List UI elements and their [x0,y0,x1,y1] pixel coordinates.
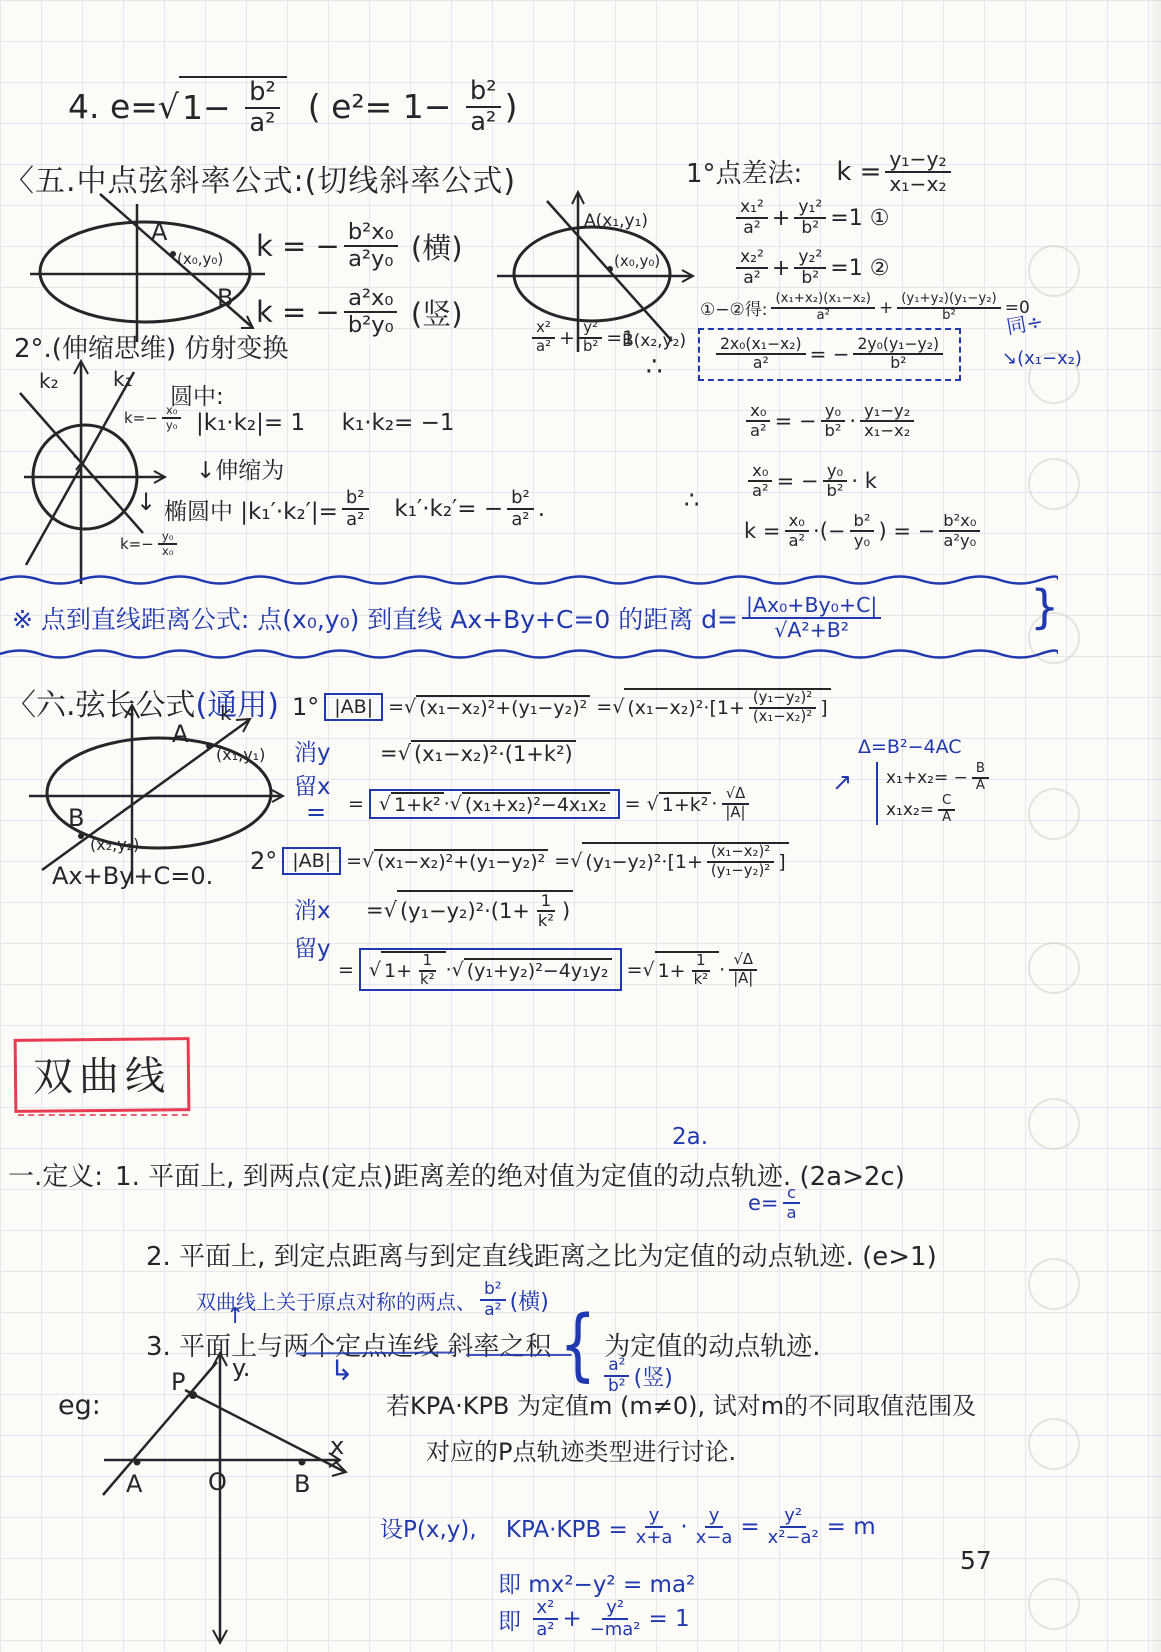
formula-text: = [348,793,364,815]
frac-num: 1 [419,953,436,972]
formula-text: + [772,256,790,281]
frac-den: a² [342,510,368,530]
label-A-coords: (x₁,y₁) [216,745,265,764]
brace-glyph: { [559,1309,596,1379]
formula-text: (竖) [402,292,463,333]
point-difference-heading: 1°点差法: k =y₁−y₂x₁−x₂ [686,148,955,195]
frac-den: b² [822,482,847,500]
radicand: 1+1k² [381,951,446,988]
formula-text: ) [562,899,570,923]
frac-den: a² [784,532,809,550]
formula-text: k=− [120,535,154,553]
fraction: y²x²−a² [764,1506,823,1548]
formula-text: 1+k² [662,794,709,816]
formula-text: 4. e=√ [68,87,179,126]
frac-den: x₀ [158,545,178,558]
note-2a: 2a. [672,1124,708,1150]
stretch-note: ↓伸缩为 [196,452,284,485]
annotation-text: 留x [294,768,331,801]
radicand: 1+1k² [655,951,720,988]
formula-text: =√ [366,898,397,922]
formula-text: Ax+By+C=0. [52,862,213,890]
chord-length-2-line3: =√1+1k²·√(y₁+y₂)²−4y₁y₂=√1+1k²·√Δ|A| [338,948,761,991]
frac-num: x₀ [748,462,772,482]
chord-length-1-line3: =√1+k²·√(x₁+x₂)²−4x₁x₂= √1+k²·√Δ|A| [348,786,754,821]
boxed-result: √1+1k²·√(y₁+y₂)²−4y₁y₂ [359,948,622,991]
formula-text: =√ [590,696,624,718]
definition-2: 2. 平面上, 到定点距离与到定直线距离之比为定值的动点轨迹. (e>1) [146,1236,937,1273]
formula-text: 设P(x,y), KPA·KPB = [380,1511,628,1544]
solution-line2: 即 mx²−y² = ma² [498,1566,695,1599]
fraction: |Ax₀+By₀+C|√A²+B² [742,594,881,642]
page-edge-shade [1147,0,1161,1652]
red-dashed-underline [18,1114,188,1116]
distance-formula-banner: ※ 点到直线距离公式: 点(x₀,y₀) 到直线 Ax+By+C=0 的距离 d… [12,594,885,642]
solution-line1: 设P(x,y), KPA·KPB =yx+a·yx−a=y²x²−a²= m [380,1506,876,1548]
frac-num: y₁−y₂ [860,402,914,422]
frac-den: a [783,1204,801,1222]
frac-num: b² [850,512,875,532]
notebook-page: 4. e=√1− b²a² ( e²= 1− b²a²) 〈五.中点弦斜率公式:… [0,0,1161,1652]
red-highlight-box: 双曲线 [14,1037,191,1113]
frac-den: a² [466,108,500,137]
frac-den: |A| [721,805,749,822]
slope-label-bottom: k=−y₀x₀ [120,530,181,558]
label-P: P [171,1368,185,1396]
frac-num: x₂² [736,248,768,269]
midpoint-dot [607,266,613,272]
formula-text: = − [810,342,850,366]
frac-num: x₀ [162,404,182,419]
frac-num: 1 [537,892,555,912]
formula-text: √ [369,959,381,981]
frac-den: a² [532,339,555,356]
formula-text: =√ [548,850,582,872]
fraction: y²b² [579,320,602,355]
pd-subtract-line: ①−②得:(x₁+x₂)(x₁−x₂)a²+(y₁+y₂)(y₁−y₂)b²=0 [700,292,1030,324]
formula-text: (x₁−x₂)²·(1+k²) [414,742,573,766]
formula-text: 1− [182,88,241,127]
point-A-dot [206,743,212,749]
method-title: 1°点差法: [686,153,802,190]
fraction: (y₁+y₂)(y₁−y₂)b² [897,292,1001,324]
fraction: b²a² [507,488,534,530]
frac-den: a² [749,355,773,372]
label-B-coords: (x₂,y₂) [90,835,139,854]
label-x-axis: x [330,1432,344,1460]
label-midpoint: (x₀,y₀) [177,250,223,268]
ellipse-outline [514,227,670,321]
wavy-path [0,651,1058,658]
frac-den: b² [797,269,823,288]
formula-text: |k₁·k₂|= 1 k₁·k₂= −1 [196,410,455,436]
wavy-line-bottom [0,646,1058,662]
binder-hole [1028,1258,1080,1310]
fraction: b²a² [480,1280,506,1320]
formula-text: =1 ① [830,206,889,231]
pd-equation-2: x₂²a²+y₂²b²=1 ② [732,248,889,288]
formula-text: · [711,793,717,815]
frac-den: b² [938,309,960,324]
fraction: (x₁−x₂)²(y₁−y₂)² [707,844,774,879]
midpoint-dot [170,251,176,257]
frac-num: 2x₀(x₁−x₂) [716,336,806,355]
fraction: yx+a [632,1506,677,1548]
frac-den: k² [534,912,558,930]
frac-num: B [972,762,989,779]
fraction: b²a² [245,78,280,138]
label-A: A [172,720,189,748]
chord-length-1-line2: =√(x₁−x₂)²·(1+k²) [380,740,576,766]
annotation-text: (横) [510,1285,549,1316]
formula-text: 椭圆中 |k₁′·k₂′|= [164,493,338,526]
therefore-sign: ∴ [646,352,663,382]
radicand: (x₁−x₂)²+(y₁−y₂)² [374,849,548,873]
binder-hole [1028,788,1080,840]
frac-den: x+a [632,1528,677,1548]
fraction: a²x₀b²y₀ [344,286,398,339]
slope-label-top: k=−x₀y₀ [124,404,185,432]
frac-den: b² [820,422,845,440]
label-A: A [151,218,168,246]
fraction: √Δ|A| [721,786,749,821]
fraction: (x₁+x₂)(x₁−x₂)a² [771,292,875,324]
frac-num: a² [604,1356,629,1377]
fraction: x₀a² [748,462,773,501]
radicand: (x₁−x₂)²+(y₁−y₂)² [416,695,590,719]
fraction: y₂²b² [794,248,826,288]
frac-num: y² [780,1506,806,1528]
radicand: 1+k² [659,792,712,816]
formula-text: k = [836,157,881,187]
formula-text: x₁x₂= [886,800,934,820]
fraction: y₁²b² [794,198,826,238]
formula-text: =√ [380,741,411,765]
frac-num: (x₁−x₂)² [707,844,774,863]
item-number: 2° [250,847,277,875]
formula-text: Δ=B²−4AC [858,736,962,758]
chord-length-1-line1: 1°|AB|=√(x₁−x₂)²+(y₁−y₂)² =√(x₁−x₂)²·[1+… [292,688,831,725]
annotation-text: 留y [294,930,331,963]
frac-num: c [783,1184,800,1204]
fraction: 1k² [534,892,558,931]
fraction: x₂²a² [736,248,768,288]
formula-text: e= [748,1191,779,1215]
frac-num: y₁−y₂ [885,148,950,173]
frac-num: y₀ [158,530,178,545]
down-arrow: ↓ [136,488,156,516]
label-midpoint: (x₀,y₀) [614,252,660,270]
frac-den: a²y₀ [344,247,397,272]
annotation-text: 同÷ [1004,305,1045,340]
formula-text: ] [778,851,785,873]
eliminate-y-note: 消y [294,734,331,767]
fraction: b²a² [342,488,369,530]
formula-text: = − [777,469,819,493]
frac-den: (y₁−y₂)² [707,863,774,880]
fraction: 2y₀(y₁−y₂)b² [853,336,943,373]
fraction: BA [972,762,989,794]
formula-text: = m [827,1514,876,1540]
frac-num: √Δ [722,786,750,805]
annotation-text: ↓伸缩为 [196,452,284,485]
formula-text: (y₁−y₂)²·(1+ [400,899,530,923]
formula-text: ∴ [646,352,663,382]
formula-text: =√ [627,959,655,981]
fraction: y₀x₀ [158,530,178,558]
fraction: x₀y₀ [162,404,182,432]
frac-den: A [938,811,955,826]
page-number-text: 57 [960,1546,992,1575]
arrow-up-right: ↗ [832,768,852,796]
binder-hole [1028,1418,1080,1470]
frac-num: b² [245,78,280,109]
radicand: (x₁−x₂)²·(1+k²) [411,740,576,766]
formula-text: ] [820,697,827,719]
frac-den: k² [690,972,713,989]
formula-text: =1 [606,327,634,349]
symmetric-points-note: 双曲线上关于原点对称的两点、b²a²(横) [196,1280,549,1320]
label-k1: k₁ [113,367,133,391]
formula-text: =1 ② [830,256,889,281]
formula-text: (x₁−x₂)²+(y₁−y₂)² [419,697,587,719]
fraction: CA [938,794,955,826]
ellipse-equation: x²a²+y²b²=1 [528,320,634,355]
keep-x-note: 留x [294,768,331,801]
item-number: 1° [292,693,319,721]
pd-equation-1: x₁²a²+y₁²b²=1 ① [732,198,889,238]
formula-text: = √ [625,793,659,815]
formula-text: k = − [256,295,340,329]
formula-text: · [849,409,856,433]
formula-text: k = [744,519,780,543]
fraction: y₁−y₂x₁−x₂ [885,148,950,195]
frac-num: b²x₀ [939,512,980,532]
point-B-dot [299,1459,306,1466]
formula-text: (x₁−x₂)²+(y₁−y₂)² [377,851,545,873]
frac-num: y² [579,320,602,339]
frac-den: (x₁−x₂)² [749,709,816,726]
label-B: B [217,284,233,312]
radicand: (x₁+x₂)²−4x₁x₂ [462,792,610,816]
frac-num: b² [342,488,369,510]
eliminate-x-note: 消x [294,892,331,925]
radicand: (y₁+y₂)²−4y₁y₂ [464,958,612,982]
frac-num: x₀ [785,512,809,532]
wavy-line-top [0,572,1058,588]
discriminant-note: Δ=B²−4AC [858,736,962,758]
formula-text: + [559,327,575,349]
slope-def: k =y₁−y₂x₁−x₂ [836,148,954,195]
label-A: A(x₁,y₁) [584,211,648,231]
frac-den: b² [797,219,823,238]
fraction: b²x₀a²y₀ [344,220,398,273]
wavy-path [0,577,1058,584]
formula-text: (x₁+x₂)²−4x₁x₂ [465,794,607,816]
banner-text: ※ 点到直线距离公式: 点(x₀,y₀) 到直线 Ax+By+C=0 的距离 d… [12,600,738,636]
formula-text: k₁′·k₂′= − [373,496,504,522]
binder-hole [1028,1098,1080,1150]
frac-den: b² [886,355,910,372]
fraction: x₀a² [784,512,809,551]
frac-den: x₁−x₂ [885,173,950,196]
frac-den: a² [746,422,771,440]
chord-length-2-line2: =√(y₁−y₂)²·(1+1k²) [366,890,573,931]
formula-text: (y₁−y₂)²·[1+ [585,851,703,873]
frac-den: √A²+B² [770,619,853,642]
fraction: b²a² [466,77,501,137]
frac-den: b² [579,339,602,356]
frac-num: y₀ [821,402,845,422]
frac-den: a² [532,1620,558,1640]
frac-num: y [645,1506,664,1528]
frac-num: b²x₀ [344,220,398,247]
formula-text: · k [851,469,877,493]
frac-den: a² [507,510,533,530]
frac-den: |A| [729,971,757,988]
label-y-axis: y. [232,1354,250,1382]
point-B-dot [78,833,84,839]
frac-num: (y₁−y₂)² [749,690,816,709]
fraction: y₀b² [822,462,847,501]
formula-text: = [338,959,354,981]
fraction: 2x₀(x₁−x₂)a² [716,336,806,373]
radicand: (y₁−y₂)²·(1+1k²) [397,890,573,931]
annotation-divisor: ↘(x₁−x₂) [1002,348,1082,369]
frac-den: −ma² [586,1620,645,1640]
fraction: x²a² [532,1598,558,1640]
note-eccentricity: e=ca [748,1184,805,1223]
formula-text: 即 mx²−y² = ma² [498,1566,695,1599]
frac-num: (y₁+y₂)(y₁−y₂) [897,292,1001,309]
binder-hole [1028,1578,1080,1630]
label-k2: k₂ [39,369,59,393]
formula-text: + [879,298,893,318]
frac-num: x₁² [736,198,768,219]
frac-num: y [705,1506,724,1528]
fraction: b²x₀a²y₀ [939,512,980,551]
annotation-text: 消x [294,892,331,925]
binder-hole [1028,245,1080,297]
formula-text: k=− [124,409,158,427]
formula-text: 即 [498,1603,528,1636]
formula-text: 1+ [384,960,412,982]
line-through-A-P [103,1362,217,1495]
fraction: x₀a² [746,402,771,441]
formula-text: ∴ [684,486,699,514]
fraction: (y₁−y₂)²(x₁−x₂)² [749,690,816,725]
blue-underline [466,1354,572,1356]
fraction: y²−ma² [586,1598,645,1640]
formula-text: √ [379,793,391,815]
solution-line3: 即 x²a²+y²−ma²= 1 [498,1598,690,1640]
formula-text: |AB| [292,850,331,872]
example-question-line2: 对应的P点轨迹类型进行讨论. [426,1432,736,1467]
frac-den: a² [245,109,279,138]
annotation-divide-both-sides: 同÷ [1004,305,1045,340]
dashed-highlight-box: 2x₀(x₁−x₂)a²= −2y₀(y₁−y₂)b² [698,328,961,381]
example-question-line1: 若KPA·KPB 为定值m (m≠0), 试对m的不同取值范围及 [386,1386,976,1421]
chord-length-2-line1: 2°|AB|=√(x₁−x₂)²+(y₁−y₂)² =√(y₁−y₂)²·[1+… [250,842,789,879]
blue-equals: = [306,798,326,826]
frac-den: a² [739,269,764,288]
frac-num: x² [533,1598,559,1620]
radicand: 1+k² [391,792,444,816]
fraction: x₁²a² [736,198,768,238]
annotation-text: 2a. [672,1124,708,1150]
fraction: y₁−y₂x₁−x₂ [860,402,914,441]
circle-slope-relation: |k₁·k₂|= 1 k₁·k₂= −1 [196,410,455,436]
binder-hole [1028,458,1080,510]
boxed-AB: |AB| [282,847,341,875]
formula-text: = [306,798,326,826]
formula-text: + [772,206,790,231]
brace-glyph: } [1030,580,1059,634]
formula-text: ) = − [878,519,935,543]
annotation-text: 消y [294,734,331,767]
line-equation: Ax+By+C=0. [52,862,213,890]
label-k: k [220,701,232,725]
annotation-text: (x₁−x₂) [1017,348,1082,369]
frac-num: b² [507,488,534,510]
fraction: ca [783,1184,801,1223]
frac-den: a²y₀ [939,532,980,550]
coordinate-plot: P y. x A O B [86,1342,386,1652]
formula-text: ( e²= 1− [287,87,462,126]
therefore-sign: ∴ [684,486,699,514]
frac-num: x₀ [746,402,770,422]
vieta-sum: x₁+x₂= −BA [886,762,993,794]
frac-num: √Δ [729,952,757,971]
formula-text: k = − [256,229,340,263]
frac-num: 1 [692,953,709,972]
frac-num: y₀ [823,462,847,482]
keep-y-note: 留y [294,930,331,963]
frac-den: y₀ [162,419,182,432]
frac-den: a² [812,309,833,324]
hyperbola-heading: 双曲线 [14,1038,190,1112]
heading-text: 双曲线 [33,1053,171,1100]
formula-text: (横) [402,226,463,267]
label-O: O [208,1468,227,1496]
formula-text: (y₁+y₂)²−4y₁y₂ [467,960,609,982]
arrow-up-right-icon: ↗ [832,768,852,796]
frac-num: y₂² [794,248,826,269]
formula-text: 1+k² [394,794,441,816]
frac-num: b² [466,77,501,108]
boxed-AB: |AB| [324,693,383,721]
question-text: 若KPA·KPB 为定值m (m≠0), 试对m的不同取值范围及 [386,1386,976,1421]
label-B: B [294,1470,310,1498]
definition-text: 2. 平面上, 到定点距离与到定直线距离之比为定值的动点轨迹. (e>1) [146,1236,937,1273]
formula-text: =√ [346,850,374,872]
frac-num: a²x₀ [344,286,397,313]
formula-text: ·√ [444,793,462,815]
frac-den: A [972,779,989,794]
formula-text: + [563,1606,582,1632]
frac-den: b²y₀ [344,313,398,338]
frac-den: x₁−x₂ [860,422,914,440]
frac-den: a² [748,482,773,500]
frac-den: y₀ [850,532,874,550]
arrow-down-right-icon: ↘ [1002,348,1017,369]
ellipse-diagram-1: A (x₀,y₀) B [25,192,280,342]
pd-equation-5: x₀a²= −y₀b²· k [744,462,877,501]
pd-equation-6: k =x₀a²·(−b²y₀) = −b²x₀a²y₀ [744,512,984,551]
formula-text: ) [505,87,518,126]
formula-text: x₁+x₂= − [886,768,968,788]
fraction: 1k² [416,953,439,988]
